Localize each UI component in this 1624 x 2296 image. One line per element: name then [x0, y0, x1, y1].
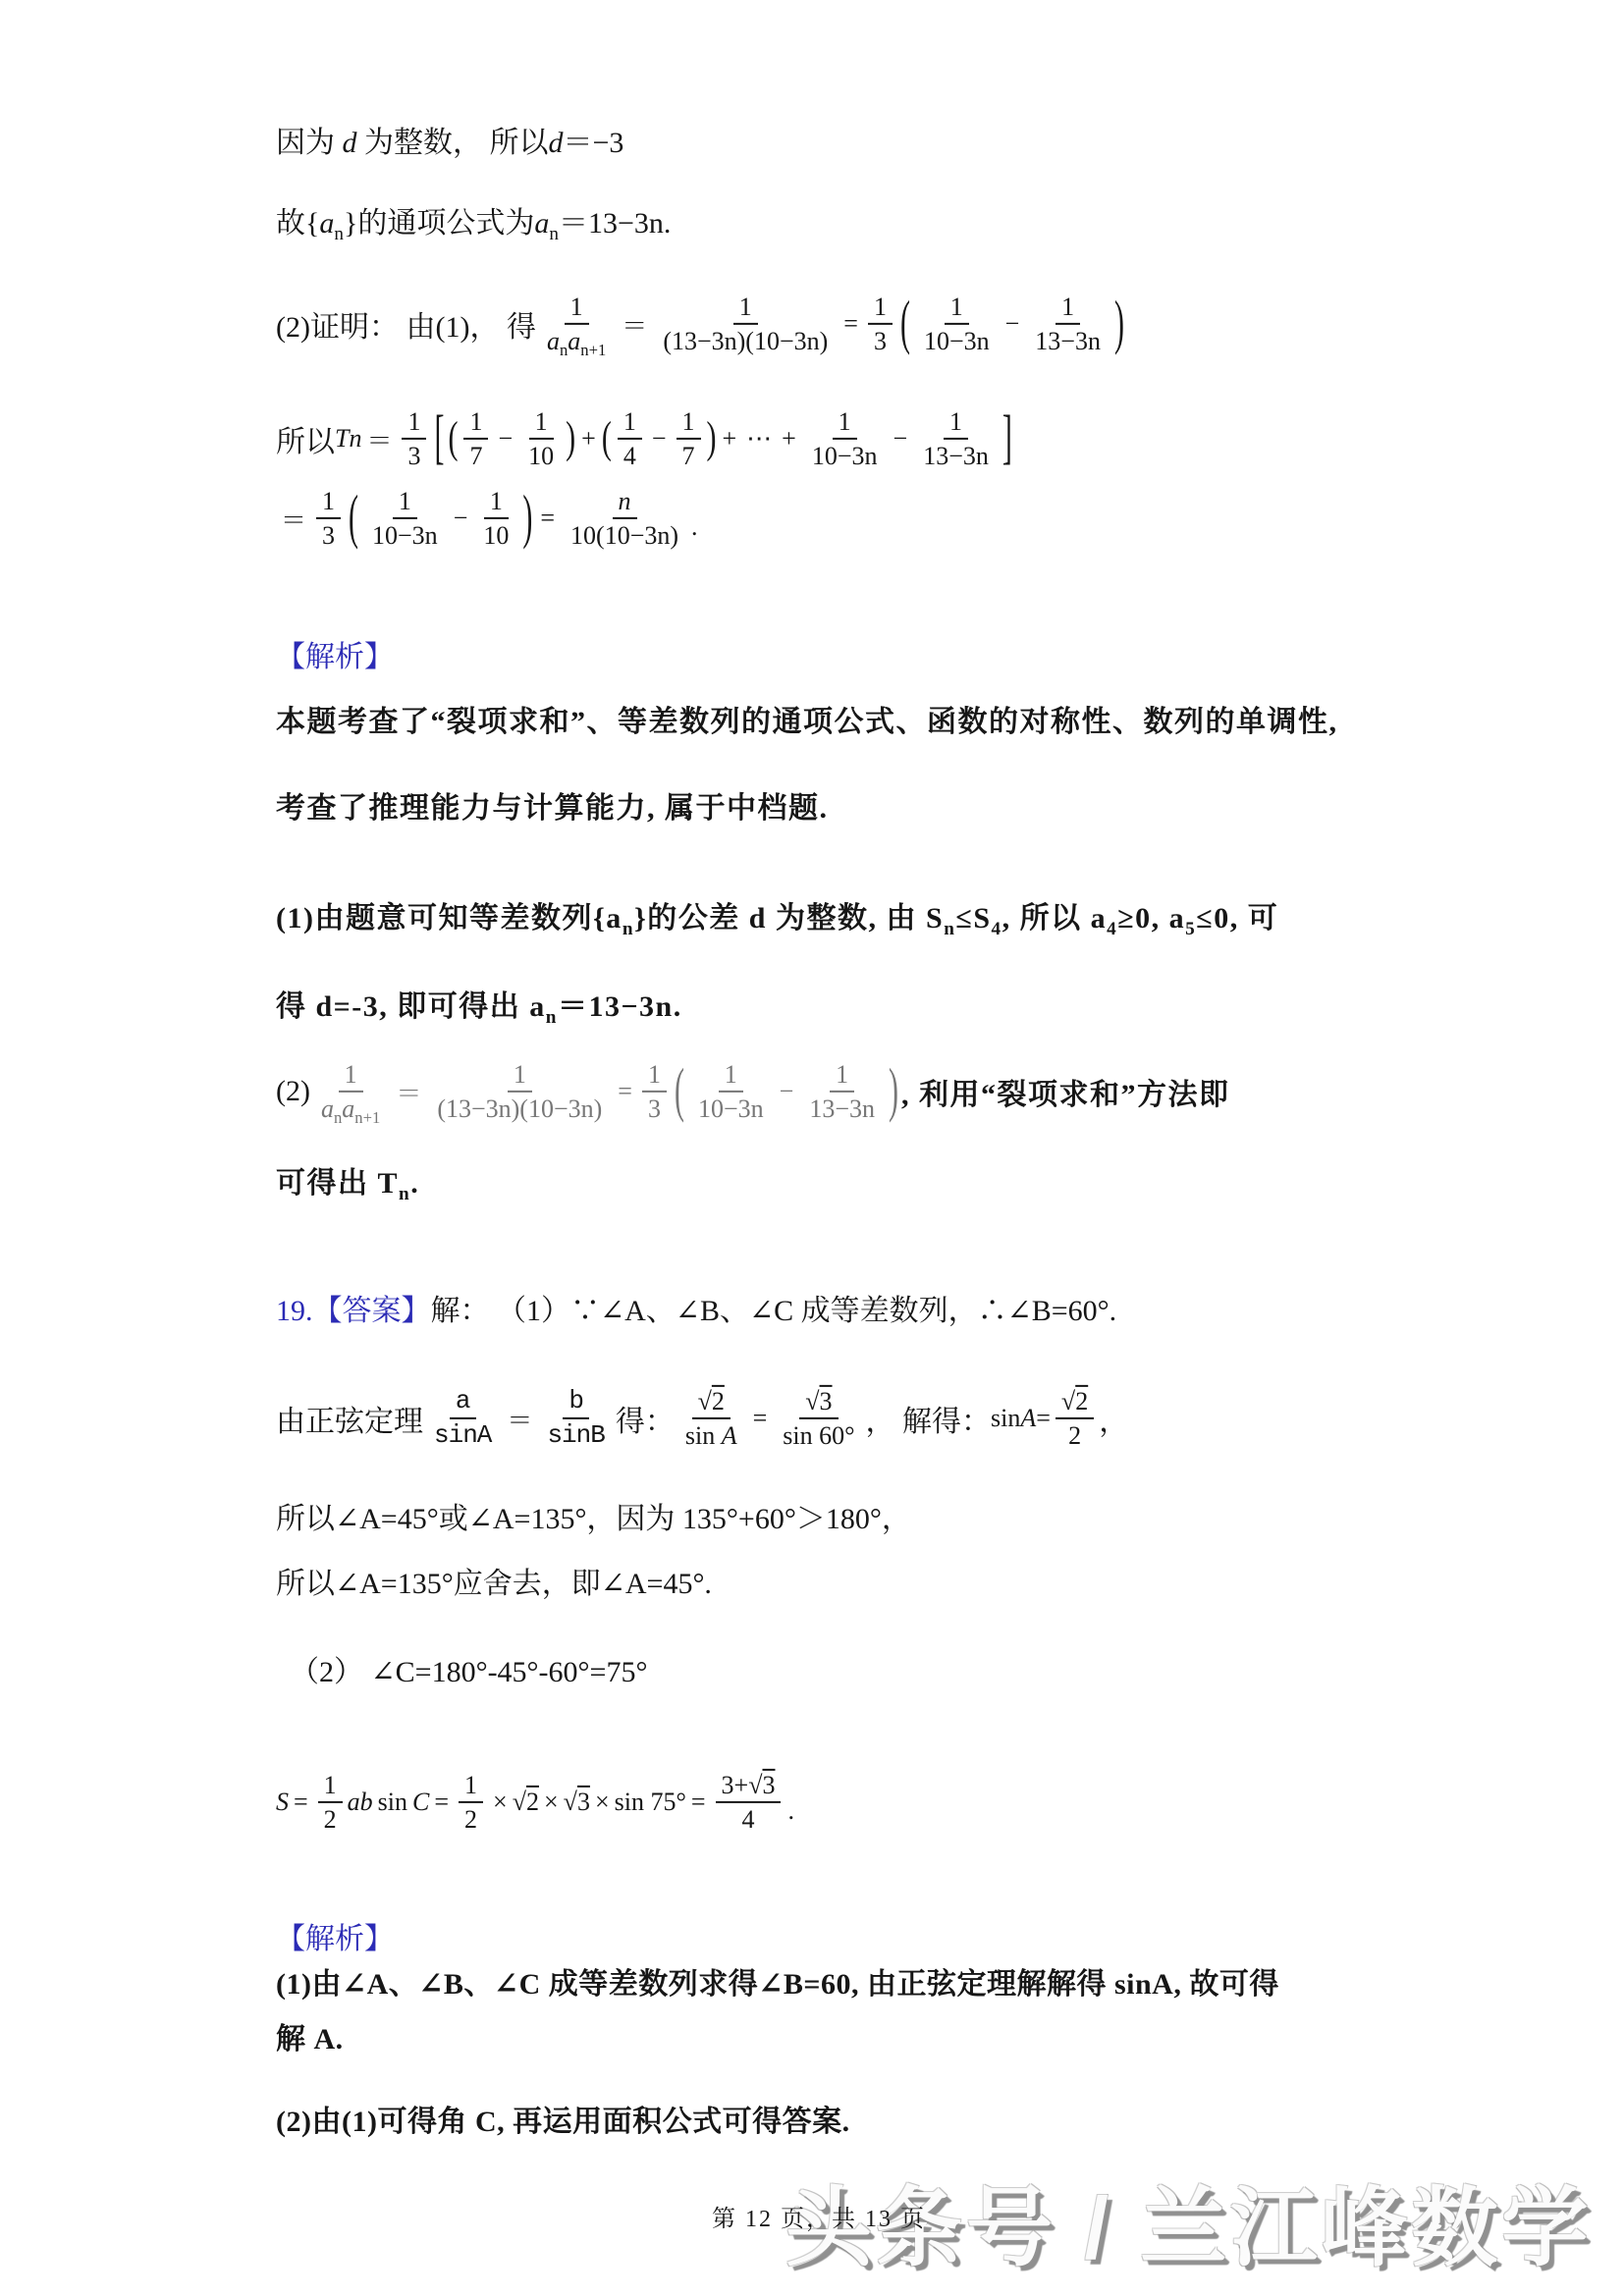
text-seg: ＝−3: [564, 127, 624, 159]
fraction-numerator: √2: [692, 1387, 731, 1419]
fraction-numerator: 1: [1056, 293, 1080, 325]
text-seg: (2): [276, 1075, 310, 1108]
fraction: 1 3: [642, 1060, 667, 1123]
fraction-denominator: 10−3n: [366, 519, 444, 550]
s18-tn-formula: 所以 Tn ＝ 1 3 [ ( 1 7 − 1 10 ) + ( 1 4 − 1…: [276, 407, 1015, 470]
paren: ): [566, 414, 575, 464]
text-seg: 因为: [276, 127, 343, 159]
answer-tag: 【答案】: [313, 1295, 431, 1327]
fraction-denominator: 10: [477, 519, 514, 550]
math-op: −: [454, 504, 468, 533]
analysis-formula: 1 anan+1 ＝ 1 (13−3n)(10−3n) = 1 3 ( 1 10…: [310, 1060, 901, 1123]
math-var: n: [619, 487, 631, 515]
fraction-numerator: 1: [402, 407, 426, 440]
math-func: sin 75°: [615, 1788, 686, 1817]
fraction-denominator: 4: [736, 1803, 761, 1834]
footer-page-info: 第 12 页，共 13 页: [712, 2199, 926, 2233]
analysis18-p1: 本题考查了“裂项求和”、等差数列的通项公式、函数的对称性、数列的单调性,: [276, 703, 1338, 741]
math-var: d: [549, 127, 564, 159]
analysis18-p4: 得 d=-3, 即可得出 an＝13−3n.: [276, 988, 682, 1026]
fraction: 1 7: [677, 407, 701, 470]
fraction: 1 10−3n: [366, 487, 444, 550]
math-sub: 4: [992, 919, 1002, 939]
radicand: 2: [1075, 1387, 1088, 1415]
text-seg: , 利用“裂项求和”方法即: [901, 1070, 1230, 1113]
math-op: ＝: [366, 421, 392, 457]
math-sub: 4: [1107, 919, 1117, 939]
text-seg: }的公差 d 为整数, 由 S: [634, 902, 944, 934]
fraction-denominator: 13−3n: [1029, 325, 1107, 355]
radical: √3: [748, 1771, 775, 1799]
radicand: 2: [526, 1788, 539, 1816]
answer-number: 19.: [276, 1295, 313, 1327]
math-op: −: [498, 424, 513, 454]
fraction-denominator: sin 60°: [777, 1419, 860, 1450]
fraction: 1 2: [459, 1771, 483, 1834]
fraction-denominator: 3: [868, 325, 893, 355]
fraction: a sinA: [428, 1387, 497, 1450]
fraction: 1 3: [316, 487, 341, 550]
text-seg: ≤0, 可: [1196, 902, 1278, 934]
fraction: 1 7: [463, 407, 488, 470]
math-op: .: [787, 1796, 794, 1834]
fraction: 1 (13−3n)(10−3n): [431, 1060, 608, 1123]
analysis18-label: 【解析】: [276, 638, 394, 676]
fraction-denominator: 13−3n: [917, 440, 995, 470]
fraction: 1 10−3n: [692, 1060, 770, 1123]
paren: ): [1114, 290, 1124, 358]
math-op: +: [723, 424, 737, 454]
math-op: =: [540, 504, 555, 533]
fraction-denominator: 3: [402, 440, 426, 470]
fraction-numerator: 1: [719, 1060, 743, 1093]
fraction-denominator: sinA: [428, 1419, 497, 1450]
fraction-denominator: 3: [642, 1093, 667, 1123]
math-op: .: [691, 512, 698, 550]
text-seg: 解： （1）∵∠A、∠B、∠C 成等差数列，∴∠B=60°.: [431, 1295, 1117, 1327]
text-seg: 可得出 T: [276, 1167, 399, 1200]
s18-tn-formula-2: ＝ 1 3 ( 1 10−3n − 1 10 ) = n 10(10−3n) .: [276, 487, 698, 550]
fraction-denominator: 2: [1062, 1419, 1087, 1450]
text-seg: sin: [685, 1421, 722, 1450]
paren: (: [602, 414, 612, 464]
math-op: =: [691, 1788, 706, 1817]
fraction: 1 13−3n: [1029, 293, 1107, 355]
math-var: S: [276, 1788, 289, 1817]
math-op: =: [843, 309, 858, 339]
document-page: 因为 d 为整数， 所以d＝−3 故{an}的通项公式为an＝13−3n. (2…: [0, 0, 1624, 2296]
paren: (: [675, 1057, 684, 1126]
fraction: 1 13−3n: [803, 1060, 881, 1123]
fraction-denominator: 10−3n: [692, 1093, 770, 1123]
fraction: 1 3: [868, 293, 893, 355]
text-seg: （2）: [290, 1656, 363, 1688]
text-seg: 由正弦定理: [276, 1397, 423, 1440]
fraction: 1 anan+1: [541, 293, 612, 355]
fraction-denominator: 7: [463, 440, 488, 470]
math-op: =: [618, 1077, 632, 1106]
fraction: 1 10: [477, 487, 514, 550]
math-var: T: [335, 424, 349, 454]
radical: √2: [698, 1387, 725, 1415]
math-op: −: [652, 424, 667, 454]
fraction-numerator: 3+√3: [716, 1771, 782, 1803]
fraction-numerator: 1: [733, 293, 758, 325]
math-op: −: [780, 1077, 794, 1106]
fraction-numerator: a: [450, 1387, 476, 1419]
radical-symbol: √: [748, 1771, 762, 1799]
fraction-numerator: 1: [508, 1060, 532, 1093]
fraction: n 10(10−3n): [565, 487, 684, 550]
fraction: 1 4: [618, 407, 642, 470]
fraction-numerator: 1: [484, 487, 509, 519]
math-sub: n: [549, 224, 559, 244]
bracket: ]: [1002, 404, 1012, 473]
s19-line-5: （2） ∠C=180°-45°-60°=75°: [290, 1653, 647, 1691]
math-var: a: [321, 1095, 334, 1123]
text-seg: }的通项公式为: [344, 207, 534, 240]
fraction-denominator: 10−3n: [806, 440, 884, 470]
radicand: 2: [712, 1387, 725, 1415]
math-var: A: [1020, 1404, 1036, 1433]
math-op: −: [893, 424, 908, 454]
math-var: a: [534, 207, 549, 240]
paren: ): [889, 1057, 898, 1126]
math-op: ×: [493, 1788, 508, 1817]
math-func: sin: [378, 1788, 407, 1817]
text-seg: 故{: [276, 207, 319, 240]
fraction: √2 sin A: [679, 1387, 743, 1450]
analysis18-p6: 可得出 Tn.: [276, 1164, 419, 1202]
text-seg: .: [410, 1167, 419, 1200]
text-seg: ＝13−3n.: [559, 207, 671, 240]
radicand: 3: [577, 1788, 590, 1816]
fraction-numerator: 1: [565, 293, 589, 325]
math-sub: 5: [1185, 919, 1196, 939]
analysis18-p2: 考查了推理能力与计算能力, 属于中档题.: [276, 789, 829, 828]
fraction-denominator: sin A: [679, 1419, 743, 1450]
analysis19-p2: 解 A.: [276, 2020, 344, 2058]
math-var: a: [319, 207, 334, 240]
fraction-numerator: 1: [945, 293, 969, 325]
math-op: +: [581, 424, 596, 454]
analysis18-p5: (2) 1 anan+1 ＝ 1 (13−3n)(10−3n) = 1 3 ( …: [276, 1060, 1229, 1123]
fraction: √3 sin 60°: [777, 1387, 860, 1450]
fraction: 1 10−3n: [918, 293, 996, 355]
radical-symbol: √: [513, 1788, 526, 1816]
fraction-denominator: 10−3n: [918, 325, 996, 355]
radical: √3: [805, 1387, 832, 1415]
math-op: =: [434, 1788, 449, 1817]
fraction-numerator: 1: [339, 1060, 363, 1093]
fraction-numerator: 1: [318, 1771, 343, 1803]
math-var: A: [722, 1421, 737, 1450]
analysis19-p1: (1)由∠A、∠B、∠C 成等差数列求得∠B=60, 由正弦定理解解得 sinA…: [276, 1965, 1279, 2003]
fraction: √2 2: [1056, 1387, 1094, 1450]
radical-symbol: √: [698, 1387, 712, 1415]
fraction: 1 anan+1: [315, 1060, 386, 1123]
math-op: ×: [595, 1788, 610, 1817]
math-op: =: [1036, 1404, 1051, 1433]
radical-symbol: √: [805, 1387, 819, 1415]
bracket: [: [434, 404, 444, 473]
math-op: ＝: [507, 1401, 531, 1437]
paren: ): [707, 414, 717, 464]
text-seg: ≥0, a: [1117, 902, 1185, 934]
text-seg: sin: [991, 1404, 1020, 1433]
math-sub: n: [399, 1184, 410, 1204]
fraction: 1 10: [522, 407, 560, 470]
fraction-numerator: n: [613, 487, 637, 519]
paren: (: [349, 484, 358, 553]
fraction: b sinB: [541, 1387, 610, 1450]
math-op: ⋯: [746, 424, 772, 454]
fraction-numerator: 1: [529, 407, 554, 440]
fraction-denominator: (13−3n)(10−3n): [657, 325, 834, 355]
text-seg: 为整数， 所以: [357, 127, 549, 159]
fraction: 3+√3 4: [716, 1771, 782, 1834]
math-op: ＝: [396, 1074, 421, 1110]
s18-line-2: 故{an}的通项公式为an＝13−3n.: [276, 204, 671, 242]
fraction-denominator: 10(10−3n): [565, 519, 684, 550]
math-op: ＝: [281, 501, 306, 537]
text-seg: ∠C=180°-45°-60°=75°: [371, 1656, 648, 1688]
math-sub: n: [623, 919, 634, 939]
radicand: 3: [820, 1387, 833, 1415]
math-var: a: [568, 327, 580, 355]
s18-proof-formula: (2)证明： 由(1)， 得 1 anan+1 ＝ 1 (13−3n)(10−3…: [276, 293, 1127, 355]
s19-sine-formula: 由正弦定理 a sinA ＝ b sinB 得： √2 sin A = √3 s…: [276, 1387, 1128, 1450]
analysis19-label: 【解析】: [276, 1920, 394, 1958]
math-op: =: [294, 1788, 308, 1817]
s19-line-3: 所以∠A=45°或∠A=135°，因为 135°+60°＞180°，: [276, 1500, 911, 1538]
math-sub: n: [546, 1007, 558, 1028]
s19-line-4: 所以∠A=135°应舍去，即∠A=45°.: [276, 1565, 712, 1603]
fraction-denominator: 3: [316, 519, 341, 550]
fraction-numerator: 1: [618, 407, 642, 440]
fraction-denominator: 13−3n: [803, 1093, 881, 1123]
math-op: −: [1005, 309, 1020, 339]
paren: (: [448, 414, 458, 464]
text-seg: 得 d=-3, 即可得出 a: [276, 990, 546, 1023]
math-var: C: [412, 1788, 429, 1817]
text-seg: ≤S: [955, 902, 991, 934]
math-sub: n: [334, 224, 344, 244]
fraction-numerator: 1: [833, 407, 857, 440]
fraction-numerator: √3: [799, 1387, 838, 1419]
radicand: 3: [762, 1771, 775, 1799]
fraction-numerator: 1: [316, 487, 341, 519]
radical: √2: [1061, 1387, 1088, 1415]
fraction-numerator: √2: [1056, 1387, 1094, 1419]
fraction-denominator: 7: [677, 440, 701, 470]
fraction-denominator: 4: [618, 440, 642, 470]
text-seg: ， 解得：: [866, 1397, 992, 1440]
math-var: d: [343, 127, 357, 159]
fraction: 1 13−3n: [917, 407, 995, 470]
text-seg: (1)由题意可知等差数列{a: [276, 902, 623, 934]
math-var: a: [342, 1095, 354, 1123]
sine-ratio: a sinA ＝ b sinB: [423, 1387, 616, 1450]
math-op: +: [782, 424, 796, 454]
math-var: a: [547, 327, 560, 355]
fraction-numerator: 1: [868, 293, 893, 325]
fraction-denominator: anan+1: [541, 325, 612, 355]
fraction-denominator: (13−3n)(10−3n): [431, 1093, 608, 1123]
text-seg: 所以: [276, 417, 335, 460]
math-sub: n+1: [580, 341, 606, 359]
fraction-denominator: 2: [459, 1803, 483, 1834]
analysis19-p3: (2)由(1)可得角 C, 再运用面积公式可得答案.: [276, 2103, 850, 2141]
fraction: 1 (13−3n)(10−3n): [657, 293, 834, 355]
text-seg: , 所以 a: [1002, 902, 1108, 934]
fraction-denominator: anan+1: [315, 1093, 386, 1123]
fraction: 1 3: [402, 407, 426, 470]
radical-symbol: √: [1061, 1387, 1075, 1415]
fraction-numerator: 1: [463, 407, 488, 440]
math-op: ×: [544, 1788, 559, 1817]
text-seg: ＝13−3n.: [558, 990, 682, 1023]
fraction: 1 10−3n: [806, 407, 884, 470]
s19-area-formula: S = 1 2 ab sin C = 1 2 × √2 × √3 × sin 7…: [276, 1771, 794, 1834]
paren: (: [900, 290, 910, 358]
math-op: ＝: [622, 306, 647, 343]
math-var: n: [349, 424, 361, 454]
fraction-numerator: 1: [677, 407, 701, 440]
fraction: 1 2: [318, 1771, 343, 1834]
math-sub: n: [944, 919, 955, 939]
fraction-numerator: 1: [944, 407, 968, 440]
fraction-numerator: 1: [642, 1060, 667, 1093]
paren: ): [522, 484, 532, 553]
s19-head: 19.【答案】解： （1）∵∠A、∠B、∠C 成等差数列，∴∠B=60°.: [276, 1292, 1116, 1330]
radical: √2: [513, 1788, 539, 1817]
text-seg: ，: [1099, 1397, 1128, 1440]
math-sub: n+1: [354, 1108, 380, 1127]
fraction-denominator: sinB: [541, 1419, 610, 1450]
fraction-numerator: b: [563, 1387, 589, 1419]
math-op: =: [753, 1404, 768, 1433]
text-seg: 得：: [616, 1397, 675, 1440]
fraction-denominator: 2: [318, 1803, 343, 1834]
fraction-denominator: 10: [522, 440, 560, 470]
fraction-numerator: 1: [393, 487, 417, 519]
radical: √3: [564, 1788, 590, 1817]
analysis18-p3: (1)由题意可知等差数列{an}的公差 d 为整数, 由 Sn≤S4, 所以 a…: [276, 899, 1278, 937]
fraction-numerator: 1: [459, 1771, 483, 1803]
s18-line-1: 因为 d 为整数， 所以d＝−3: [276, 124, 623, 162]
math-var: ab: [348, 1788, 373, 1817]
radical-symbol: √: [564, 1788, 577, 1816]
fraction-numerator: 1: [830, 1060, 854, 1093]
text-seg: 3+: [722, 1771, 749, 1799]
text-seg: (2)证明： 由(1)， 得: [276, 302, 536, 346]
